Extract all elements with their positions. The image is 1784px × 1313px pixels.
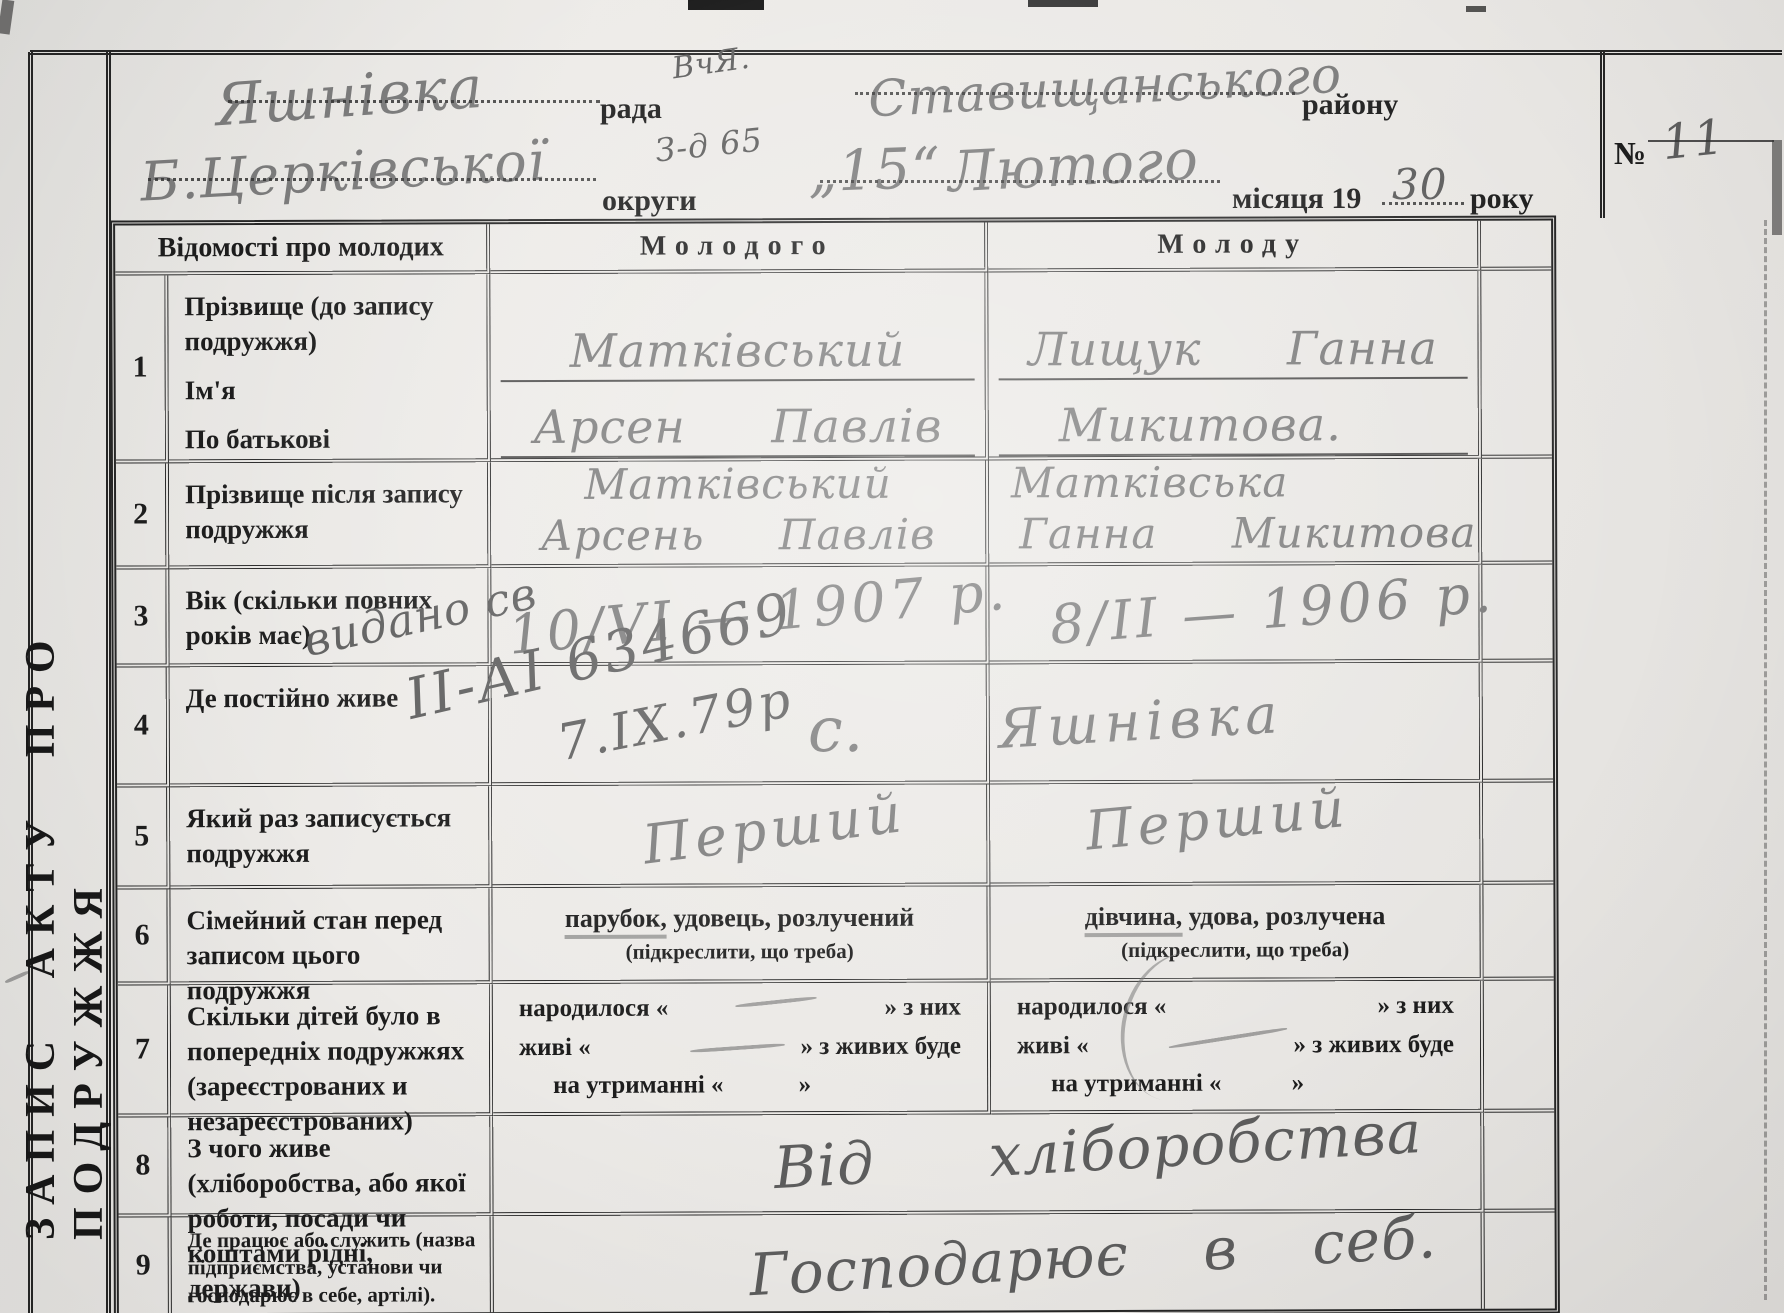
groom-surname-after-handwritten: Матківський	[501, 459, 975, 512]
village-handwritten: Яшнівка	[213, 53, 486, 140]
dependents-label: на утриманні «	[553, 1067, 724, 1106]
write-in-line	[148, 178, 596, 181]
row-1-label-line: Прізвище (до запису подружжя)	[184, 288, 476, 359]
row-9-entry-cell: Господарює в себ.	[494, 1213, 1485, 1312]
row-2-label: Прізвище після запису подружжя	[169, 462, 491, 569]
scan-artifact	[1466, 6, 1486, 12]
groom-name-after-handwritten: Арсень Павлів	[501, 510, 975, 563]
row-9-margin	[1485, 1212, 1555, 1308]
write-in-line	[855, 92, 1295, 95]
row-4-bride-cell: Яшнівка	[990, 663, 1483, 785]
bride-option-rest: удова, розлучена	[1182, 901, 1385, 931]
bride-name-after-handwritten: Ганна Микитова	[999, 508, 1468, 561]
row-5-margin	[1483, 782, 1553, 884]
misyatsya-label: місяця 19	[1232, 182, 1361, 216]
residence-village-handwritten: Яшнівка	[996, 682, 1285, 761]
side-title: ЗАПИС АКТУ ПРО ПОДРУЖЖЯ	[24, 235, 106, 1240]
row-5-bride-cell: Перший	[990, 783, 1483, 887]
row-2-label-line: Прізвище після запису подружжя	[185, 476, 477, 547]
row-6-number: 6	[117, 889, 170, 985]
bride-patronymic-handwritten: Микитова.	[999, 397, 1468, 457]
rada-label: рада	[600, 92, 662, 126]
groom-option-rest: удовець, розлучений	[667, 902, 914, 932]
underline-instruction: (підкреслити, що треба)	[626, 938, 854, 964]
row-7-label: Скільки дітей було в попередніх подружжя…	[171, 984, 493, 1117]
groom-marital-options: парубок, удовець, розлучений	[565, 902, 914, 933]
row-1-label-line: По батькові	[185, 422, 477, 458]
children-born-line: народилося «» з них	[519, 988, 961, 1028]
groom-option-underlined: парубок,	[565, 903, 667, 938]
page-edge-line	[1764, 220, 1767, 1300]
row-6-bride-cell: дівчина, удова, розлучена (підкреслити, …	[990, 885, 1483, 983]
row-9-label-line: Де працює або служить (назва підприємств…	[188, 1226, 480, 1309]
bride-which-marriage-handwritten: Перший	[1083, 776, 1352, 863]
row-2-number: 2	[116, 463, 169, 569]
underline-instruction: (підкреслити, що треба)	[1121, 937, 1349, 963]
row-4-margin	[1483, 662, 1553, 782]
okruhy-label: округи	[602, 184, 696, 218]
col-header-bride-text: Молоду	[1157, 228, 1308, 261]
pencil-note: ВчЯ.	[670, 41, 753, 87]
row-6-groom-cell: парубок, удовець, розлучений (підкреслит…	[492, 886, 990, 984]
groom-which-marriage-handwritten: Перший	[639, 781, 909, 877]
groom-name-patronymic-handwritten: Арсен Павлів	[501, 399, 975, 459]
born-close-label: » з них	[1377, 987, 1453, 1026]
row-1-groom-cell: Матківський Арсен Павлів	[490, 272, 989, 462]
row-5-label: Який раз записується подружжя	[170, 786, 492, 889]
col-header-groom: Молодого	[490, 222, 988, 274]
scan-artifact	[688, 0, 764, 10]
roku-label: року	[1470, 182, 1534, 216]
row-8-number: 8	[118, 1117, 171, 1217]
groom-surname-handwritten: Матківський	[500, 323, 974, 383]
alive-label: живі «	[1017, 1027, 1089, 1066]
row-6-margin	[1483, 884, 1553, 980]
scan-artifact	[1772, 140, 1782, 235]
row-5-groom-cell: Перший	[492, 784, 990, 888]
children-dependents-line: на утриманні «»	[1017, 1064, 1454, 1104]
write-in-line	[1648, 140, 1774, 142]
dependents-close-label: »	[1292, 1065, 1305, 1104]
row-1-label-line: Ім'я	[185, 372, 477, 408]
month-handwritten: Лютого	[946, 127, 1200, 205]
row-9-number: 9	[119, 1217, 172, 1313]
bride-marital-options: дівчина, удова, розлучена	[1085, 901, 1386, 932]
record-table: Відомості про молодих Молодого Молоду 1 …	[110, 215, 1560, 1313]
bride-surname-after-handwritten: Матківська	[999, 457, 1468, 510]
row-9-label: Де працює або служить (назва підприємств…	[172, 1216, 494, 1313]
alive-label: живі «	[519, 1028, 591, 1067]
col-header-info-text: Відомості про молодих	[158, 231, 444, 264]
row-4-number: 4	[117, 667, 170, 787]
bride-option-underlined: дівчина,	[1085, 901, 1183, 936]
scan-artifact	[1028, 0, 1098, 7]
children-dependents-line: на утриманні «»	[519, 1066, 961, 1106]
row-2-bride-cell: Матківська Ганна Микитова	[989, 459, 1482, 567]
row-3-margin	[1482, 564, 1552, 662]
row-8-entry-cell: Від хліборобства	[493, 1113, 1484, 1216]
row-7-margin	[1484, 980, 1554, 1112]
residence-village-prefix-handwritten: с.	[808, 693, 865, 766]
row-1-label: Прізвище (до запису подружжя) Ім'я По ба…	[168, 274, 491, 463]
district-handwritten: Ставищанського	[867, 46, 1344, 129]
alive-close-label: » з живих буде	[800, 1027, 961, 1066]
born-label: народилося «	[519, 989, 669, 1028]
row-3-number: 3	[116, 569, 169, 667]
row-5-label-line: Який раз записується подружжя	[186, 800, 478, 871]
row-8-label: З чого живе (хліборобства, або якої робо…	[171, 1116, 493, 1217]
write-in-line	[820, 180, 1220, 183]
dependents-close-label: »	[799, 1066, 812, 1105]
col-header-bride: Молоду	[988, 221, 1481, 273]
row-5-number: 5	[117, 787, 170, 889]
row-2-margin	[1482, 458, 1552, 564]
write-in-line	[1382, 202, 1464, 205]
row-1-bride-cell: Лищук Ганна Микитова.	[988, 271, 1482, 461]
scan-artifact	[0, 0, 14, 35]
born-close-label: » з них	[884, 988, 960, 1027]
scanned-marriage-record: ЗАПИС АКТУ ПРО ПОДРУЖЖЯ Яшнівка рада ВчЯ…	[0, 0, 1784, 1313]
bride-birthdate-handwritten: 8/ІІ — 1906 р.	[1048, 561, 1497, 656]
row-7-number: 7	[118, 985, 171, 1117]
alive-close-label: » з живих буде	[1293, 1025, 1454, 1064]
bride-surname-handwritten: Лищук Ганна	[998, 321, 1467, 381]
col-header-margin	[1481, 220, 1551, 270]
row-6-label: Сімейний стан перед записом цього подруж…	[170, 888, 492, 985]
top-rule	[30, 50, 1782, 55]
row-3-bride-cell: 8/ІІ — 1906 р.	[989, 565, 1482, 665]
row-1-margin	[1481, 270, 1552, 458]
workplace-handwritten: Господарює в себ.	[747, 1203, 1438, 1309]
col-header-info: Відомості про молодих	[115, 224, 490, 275]
pencil-note: З-д 65	[653, 120, 764, 169]
rayon-label: району	[1302, 88, 1398, 122]
record-no-label: №	[1614, 135, 1646, 172]
row-8-margin	[1484, 1112, 1554, 1212]
okruha-handwritten: Б.Церківської	[139, 129, 548, 213]
row-1-number: 1	[115, 275, 169, 463]
number-box-rule	[1600, 52, 1605, 218]
write-in-line	[228, 100, 600, 103]
row-2-groom-cell: Матківський Арсень Павлів	[491, 460, 989, 568]
day-handwritten: „15“	[807, 136, 942, 206]
col-header-groom-text: Молодого	[640, 230, 835, 263]
